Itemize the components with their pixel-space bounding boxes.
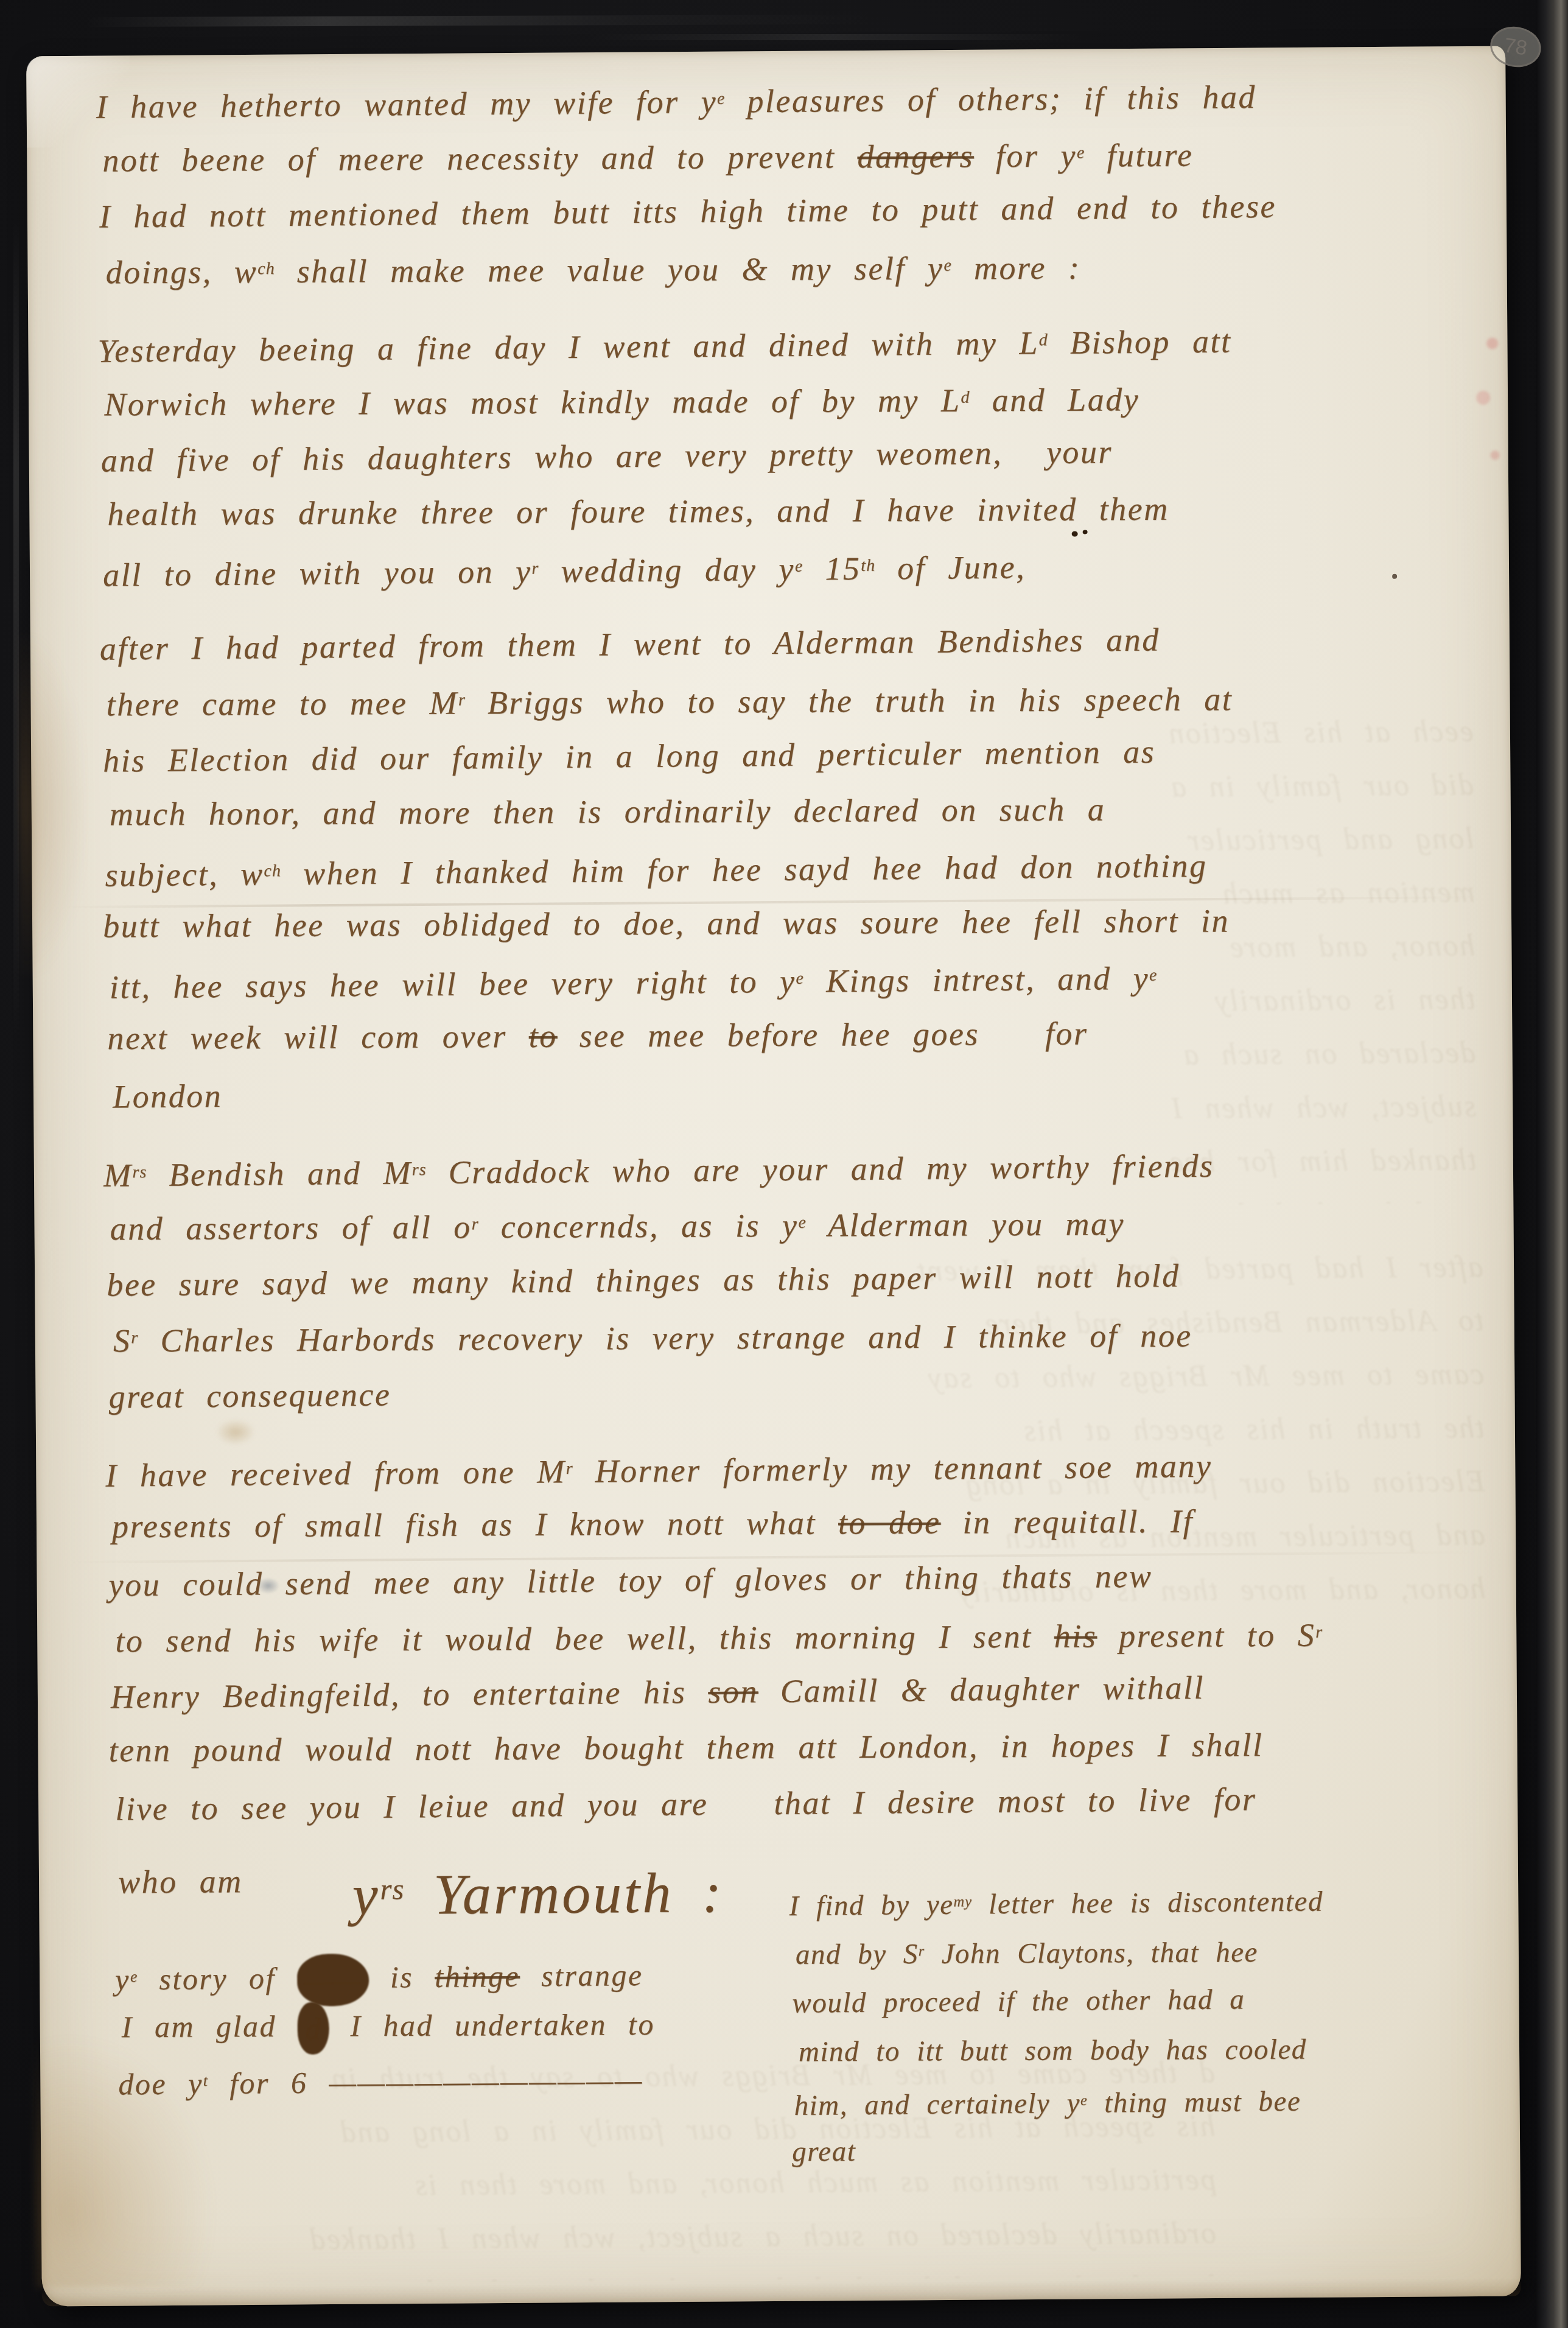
superscript-abbreviation: ch [257, 259, 275, 278]
paragraph: Yesterday beeing a fine day I went and d… [97, 310, 1446, 599]
superscript-abbreviation: ch [264, 861, 281, 880]
struck-word: thinge [435, 1959, 520, 1994]
superscript-abbreviation: e [1080, 2092, 1088, 2109]
manuscript-line: Henry Bedingfeild, to entertaine his son… [111, 1657, 1454, 1725]
superscript-abbreviation: t [203, 2072, 208, 2089]
folio-number: 78 [1502, 33, 1528, 60]
manuscript-line: I had nott mentioned them butt itts high… [99, 177, 1444, 244]
manuscript-line: great [792, 2123, 1491, 2177]
ink-blot: d [298, 2002, 329, 2055]
manuscript-line: and five of his daughters who are very p… [100, 421, 1445, 488]
manuscript-line: mind to itt butt som body has cooled [799, 2024, 1490, 2077]
manuscript-line: all to dine with you on yr wedding day y… [103, 533, 1446, 600]
page-edge-streak [13, 219, 19, 1041]
manuscript-line: great consequence [108, 1357, 1452, 1425]
manuscript-line: subject, wch when I thanked him for hee … [105, 833, 1448, 900]
superscript-abbreviation: rs [132, 1163, 147, 1182]
superscript-abbreviation: e [798, 1213, 807, 1232]
superscript-abbreviation: e [130, 1968, 138, 1985]
manuscript-line: his Election did our family in a long an… [103, 721, 1447, 788]
superscript-abbreviation: my [953, 1893, 972, 1910]
manuscript-line: Yesterday beeing a fine day I went and d… [97, 309, 1444, 376]
superscript-abbreviation: e [795, 557, 803, 576]
letter-body: I have hetherto wanted my wife for ye pl… [96, 57, 1454, 1835]
manuscript-line: I have hetherto wanted my wife for ye pl… [96, 65, 1443, 132]
manuscript-line: Mrs Bendish and Mrs Craddock who are you… [103, 1133, 1451, 1201]
struck-word: dangers [857, 138, 974, 175]
manuscript-line: I have received from one Mr Horner forme… [105, 1433, 1452, 1501]
superscript-abbreviation: e [1149, 966, 1158, 985]
manuscript-line: bee sure sayd we many kind thinges as th… [107, 1245, 1451, 1313]
manuscript-line: live to see you I leiue and you are that… [115, 1769, 1455, 1837]
manuscript-line: butt what hee was oblidged to doe, and w… [103, 892, 1448, 955]
manuscript-scan: after I had parted from them I went to A… [0, 0, 1568, 2328]
superscript-abbreviation: e [717, 89, 726, 108]
manuscript-line: next week will com over to see mee befor… [107, 1004, 1449, 1067]
manuscript-line: after I had parted from them I went to A… [100, 609, 1447, 676]
background-streak [85, 15, 877, 27]
signature-yarmouth: yrs Yarmouth : [352, 1852, 724, 1931]
manuscript-line: and by Sr John Claytons, that hee [796, 1924, 1489, 1977]
ink-blot: —— [296, 1954, 369, 2007]
superscript-abbreviation: r [472, 1215, 479, 1233]
paper-stain [18, 634, 88, 976]
manuscript-line: itt, hee says hee will bee very right to… [109, 945, 1449, 1012]
superscript-abbreviation: rs [412, 1160, 427, 1179]
paragraph: Mrs Bendish and Mrs Craddock who are you… [103, 1134, 1452, 1423]
superscript-abbreviation: d [1039, 331, 1048, 349]
struck-word: his [1054, 1618, 1097, 1654]
superscript-abbreviation: r [458, 690, 466, 709]
postscript-right: I find by yemy letter hee is discontente… [789, 1873, 1491, 2178]
struck-word: son [708, 1673, 758, 1710]
paragraph: after I had parted from them I went to A… [100, 610, 1450, 1123]
superscript-abbreviation: rs [380, 1872, 404, 1906]
manuscript-line: and assertors of all or concernds, as is… [110, 1192, 1450, 1255]
manuscript-line: Norwich where I was most kindly made of … [104, 368, 1444, 430]
superscript-abbreviation: th [861, 556, 875, 575]
superscript-abbreviation: r [565, 1459, 573, 1478]
manuscript-line: to send his wife it would bee well, this… [115, 1604, 1453, 1667]
manuscript-line: London [113, 1057, 1450, 1124]
postscript-area: who am yrs Yarmouth : ye story of —— is … [108, 1846, 1457, 2106]
superscript-abbreviation: d [961, 388, 970, 407]
superscript-abbreviation: r [919, 1943, 925, 1960]
superscript-abbreviation: r [1315, 1623, 1323, 1642]
manuscript-line: I find by yemy letter hee is discontente… [789, 1873, 1489, 1929]
paragraph: I have received from one Mr Horner forme… [105, 1434, 1454, 1835]
manuscript-line: nott beene of meere necessity and to pre… [102, 124, 1443, 186]
closing-prefix: who am [118, 1855, 243, 1908]
manuscript-line: him, and certainely ye thing must bee [794, 2072, 1491, 2128]
superscript-abbreviation: e [796, 969, 804, 988]
manuscript-line: would proceed if the other had a [792, 1972, 1490, 2028]
paragraph: I have hetherto wanted my wife for ye pl… [96, 66, 1444, 299]
manuscript-line: much honor, and more then is ordinarily … [110, 780, 1447, 843]
struck-word: to doe [838, 1504, 941, 1541]
struck-word: to [529, 1018, 558, 1054]
manuscript-line: tenn pound would nott have bought them a… [108, 1716, 1454, 1779]
superscript-abbreviation: e [943, 256, 952, 275]
manuscript-line: doings, wch shall make mee value you & m… [105, 236, 1443, 298]
manuscript-line: Sr Charles Harbords recovery is very str… [113, 1304, 1451, 1367]
book-fore-edge [1536, 0, 1568, 2328]
red-edge-stain [1469, 324, 1508, 488]
superscript-abbreviation: r [531, 559, 539, 578]
superscript-abbreviation: r [131, 1328, 138, 1347]
superscript-abbreviation: e [1077, 143, 1085, 162]
manuscript-line: there came to mee Mr Briggs who to say t… [106, 668, 1446, 731]
manuscript-line: health was drunke three or foure times, … [107, 480, 1445, 542]
background-streak [584, 34, 1083, 40]
manuscript-line: you could send mee any little toy of glo… [108, 1545, 1453, 1613]
letter-paper: after I had parted from them I went to A… [26, 46, 1521, 2307]
scanned-manuscript-page: { "meta": { "folio_number": "78" }, "col… [0, 0, 1568, 2328]
manuscript-line: presents of small fish as I know nott wh… [112, 1492, 1452, 1555]
